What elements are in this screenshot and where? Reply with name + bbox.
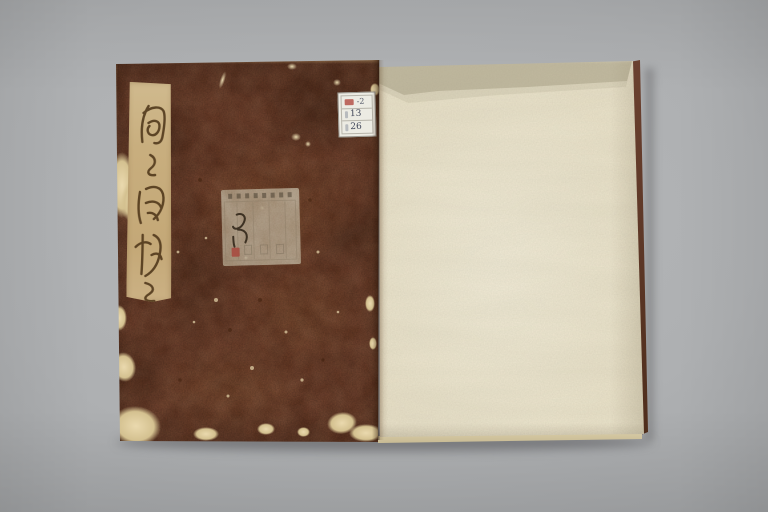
label-prefix-glyph xyxy=(345,124,348,131)
call-label-row: -2 xyxy=(342,96,372,108)
label-prefix-glyph xyxy=(345,111,348,118)
page-paper-texture xyxy=(378,61,644,437)
library-stamp-artwork xyxy=(221,188,301,266)
call-label-row: 26 xyxy=(342,120,372,133)
call-label-value: 13 xyxy=(350,110,362,119)
call-label-value: 26 xyxy=(350,123,362,132)
gutter-shadow xyxy=(372,60,384,440)
call-label-inner-frame: -2 13 26 xyxy=(340,95,373,135)
photo-backdrop: -2 13 26 xyxy=(0,0,768,512)
library-stamp xyxy=(221,188,301,266)
call-number-label: -2 13 26 xyxy=(337,92,376,138)
red-stamp-mark xyxy=(345,99,354,105)
call-label-row: 13 xyxy=(342,107,372,120)
open-page xyxy=(378,61,644,437)
front-cover: -2 13 26 xyxy=(113,60,379,443)
call-label-value: -2 xyxy=(357,98,365,106)
red-seal-mark xyxy=(232,248,240,257)
title-calligraphy xyxy=(126,82,173,302)
title-slip xyxy=(126,82,173,302)
